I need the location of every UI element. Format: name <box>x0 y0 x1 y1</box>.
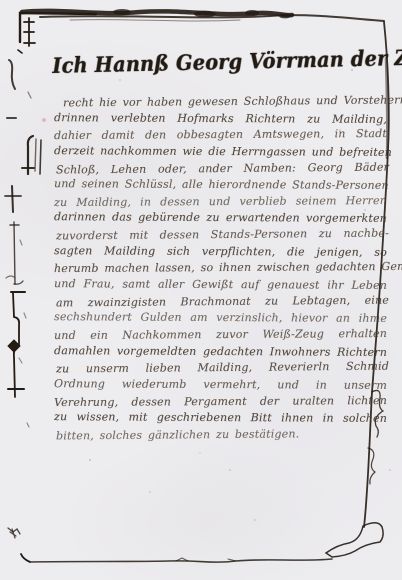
manuscript-line: zu wissen, mit geschriebenen Bitt ihnen … <box>54 409 387 427</box>
manuscript-line: derzeit nachkommen wie die Herrngassen u… <box>54 143 387 161</box>
bottom-edge-hook <box>21 554 30 562</box>
scanned-manuscript-page: Ich Hannß Georg Vörrman der Zeit des rec… <box>0 0 402 580</box>
manuscript-line: Ordnung wiederumb vermehrt, und in unser… <box>54 376 387 394</box>
left-binding-marks-faint <box>6 92 36 427</box>
manuscript-line: sechshundert Gulden am verzinslich, hiev… <box>54 309 387 327</box>
manuscript-line: recht hie vor haben gewesen Schloßhaus u… <box>56 93 389 113</box>
bottom-edge-main <box>30 559 332 562</box>
bracket-speck <box>18 50 22 53</box>
manuscript-line: Verehrung, dessen Pergament der uralten … <box>54 393 387 412</box>
binding-mark-faint <box>19 240 29 427</box>
bracket-ladder <box>24 18 35 46</box>
ink-blob <box>113 9 131 15</box>
bottom-page-edge <box>10 529 332 562</box>
top-left-corner-bracket <box>18 13 96 53</box>
ink-blob <box>279 14 291 19</box>
manuscript-line: zuvorderst mit dessen Stands-Personen zu… <box>56 226 389 246</box>
speck <box>89 459 91 461</box>
manuscript-line: dahier damit den obbesagten Amtswegen, i… <box>54 126 387 145</box>
manuscript-body: recht hie vor haben gewesen Schloßhaus u… <box>54 94 387 443</box>
binding-mark <box>9 60 15 89</box>
top-border-wisp <box>70 20 240 21</box>
manuscript-line: und Frau, samt aller Gewißt auf genauest… <box>54 276 387 294</box>
binding-mark <box>8 528 20 534</box>
speck <box>254 519 255 520</box>
bottom-right-corner-tear <box>326 523 383 557</box>
left-binding-marks <box>5 60 41 534</box>
manuscript-line: zu unserm lieben Mailding, Reverierln Sc… <box>56 359 389 379</box>
speck <box>229 469 231 471</box>
speck <box>199 452 200 453</box>
speck <box>389 469 391 471</box>
manuscript-line: und seinen Schlüssl, alle hierordnende S… <box>54 176 387 194</box>
binding-mark <box>14 222 15 284</box>
binding-mark-faint <box>6 276 15 278</box>
manuscript-line: und ein Nachkommen zuvor Weiß-Zeug erhal… <box>54 326 387 345</box>
manuscript-line: herumb machen lassen, so ihnen zwischen … <box>54 259 387 278</box>
binding-mark-faint <box>35 139 36 171</box>
ink-blob <box>194 11 216 18</box>
binding-mark <box>12 186 13 212</box>
manuscript-line: bitten, solches gänzlichen zu bestätigen… <box>56 425 389 445</box>
binding-mark-faint <box>28 92 31 98</box>
speck <box>149 491 150 492</box>
binding-mark <box>40 140 41 174</box>
speck <box>119 79 120 80</box>
pink-speck <box>42 118 46 122</box>
ink-blob <box>245 10 259 16</box>
